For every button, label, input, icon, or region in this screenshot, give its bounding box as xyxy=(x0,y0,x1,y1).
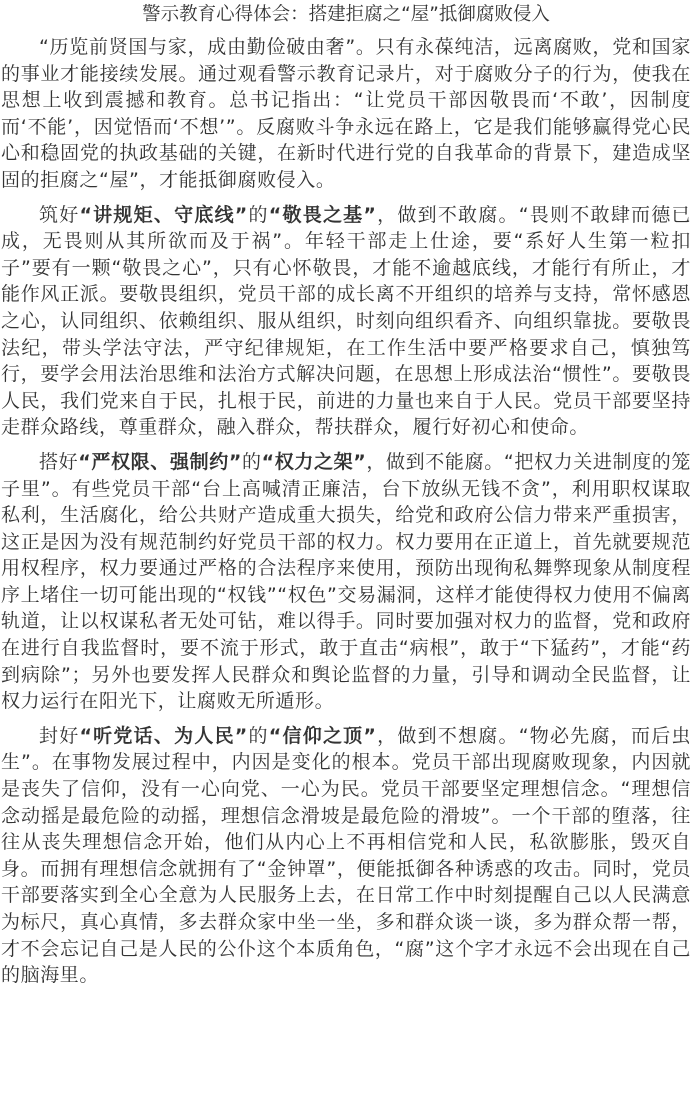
paragraph-not-dare-corrupt: 筑好“讲规矩、守底线”的“敬畏之基”，做到不敢腐。“畏则不敢肆而德已成，无畏则从… xyxy=(1,202,691,441)
paragraph-cannot-corrupt: 搭好“严权限、强制约”的“权力之架”，做到不能腐。“把权力关进制度的笼子里”。有… xyxy=(1,449,691,715)
emphasis-quote: “严权限、强制约” xyxy=(78,451,242,473)
paragraph-text: “历览前贤国与家，成由勤俭破由奢”。只有永葆纯洁，远离腐败，党和国家的事业才能接… xyxy=(1,36,691,191)
emphasis-quote: “听党话、为人民” xyxy=(79,725,247,747)
paragraph-text: ，做到不能腐。“把权力关进制度的笼子里”。有些党员干部“台上高喊清正廉洁，台下放… xyxy=(1,451,691,712)
paragraph-connector: 的 xyxy=(248,204,269,226)
paragraph-connector: 的 xyxy=(248,725,269,747)
paragraph-text: ，做到不敢腐。“畏则不敢肆而德已成，无畏则从其所欲而及于祸”。年轻干部走上仕途，… xyxy=(1,204,691,439)
paragraph-lead: 筑好 xyxy=(39,204,79,226)
paragraph-intro: “历览前贤国与家，成由勤俭破由奢”。只有永葆纯洁，远离腐败，党和国家的事业才能接… xyxy=(1,34,691,194)
emphasis-quote: “权力之架” xyxy=(262,451,367,473)
paragraph-lead: 搭好 xyxy=(39,451,78,473)
article-title: 警示教育心得体会：搭建拒腐之“屋”抵御腐败侵入 xyxy=(1,0,691,30)
emphasis-quote: “信仰之顶” xyxy=(269,725,377,747)
emphasis-quote: “讲规矩、守底线” xyxy=(79,204,247,226)
paragraph-lead: 封好 xyxy=(39,725,79,747)
article: 警示教育心得体会：搭建拒腐之“屋”抵御腐败侵入 “历览前贤国与家，成由勤俭破由奢… xyxy=(0,0,693,989)
paragraph-connector: 的 xyxy=(242,451,262,473)
emphasis-quote: “敬畏之基” xyxy=(269,204,377,226)
paragraph-not-want-corrupt: 封好“听党话、为人民”的“信仰之顶”，做到不想腐。“物必先腐，而后虫生”。在事物… xyxy=(1,723,691,989)
paragraph-text: ，做到不想腐。“物必先腐，而后虫生”。在事物发展过程中，内因是变化的根本。党员干… xyxy=(1,725,691,986)
